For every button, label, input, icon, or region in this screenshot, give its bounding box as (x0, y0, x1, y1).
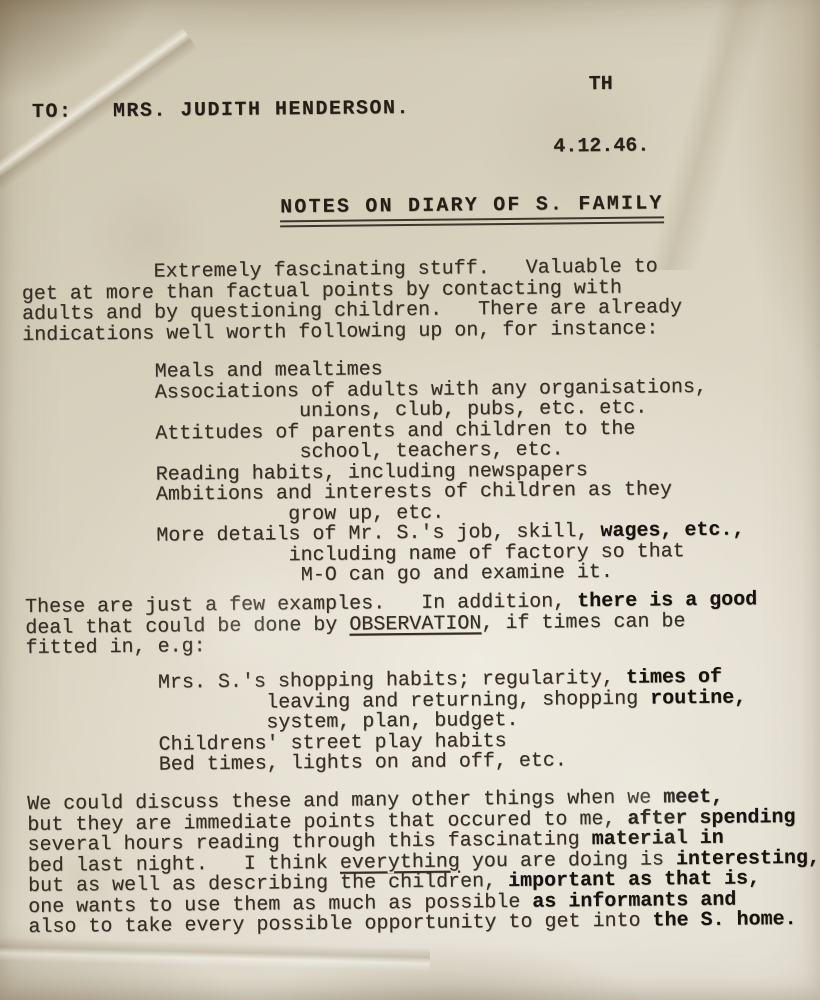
observation-paragraph: These are just a few examples. In additi… (25, 590, 758, 659)
document-title: NOTES ON DIARY OF S. FAMILY (195, 173, 664, 248)
closing-paragraph: We could discuss these and many other th… (27, 787, 820, 939)
typed-line: Bed times, lights on and off, etc. (27, 749, 747, 777)
typed-line: also to take every possible opportunity … (28, 910, 820, 939)
follow-up-topics-list: Meals and mealtimes Associations of adul… (23, 357, 745, 590)
observation-topics-list: Mrs. S.'s shopping habits; regularity, t… (26, 667, 747, 777)
photographed-memo-page: TH 4.12.46. TO: MRS. JUDITH HENDERSON. N… (0, 0, 820, 1000)
typed-line: indications well worth following up on, … (22, 319, 682, 346)
typed-line: M-O can go and examine it. (25, 561, 745, 589)
intro-paragraph: Extremely fascinating stuff. Valuable to… (22, 257, 683, 346)
document-date: 4.12.46. (552, 136, 650, 158)
recipient-line: TO: MRS. JUDITH HENDERSON. (32, 99, 410, 123)
typist-initials: TH (552, 74, 650, 96)
typed-content: TH 4.12.46. TO: MRS. JUDITH HENDERSON. N… (0, 0, 820, 1000)
document-title-text: NOTES ON DIARY OF S. FAMILY (280, 194, 664, 228)
